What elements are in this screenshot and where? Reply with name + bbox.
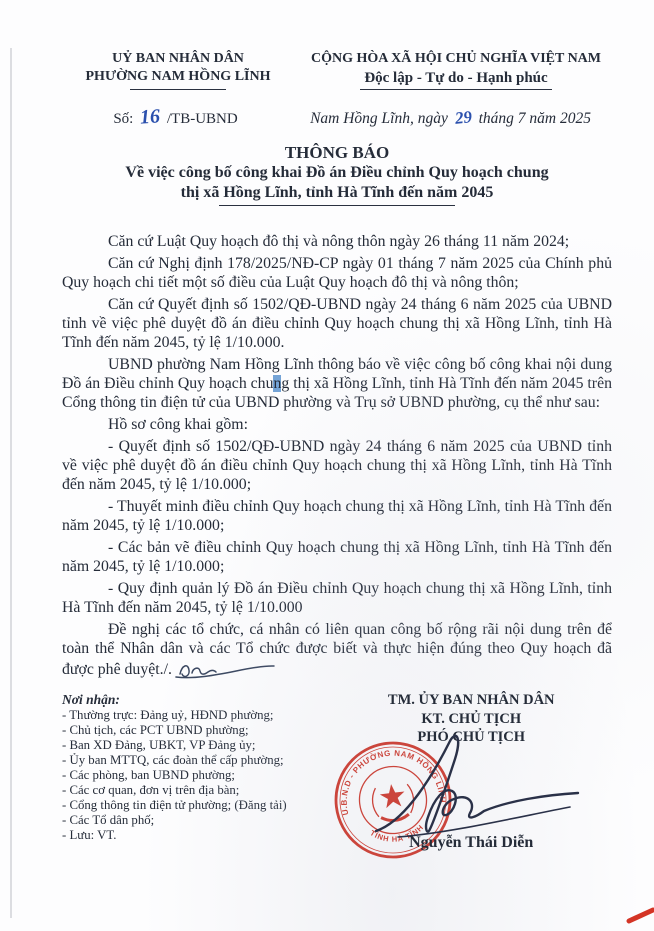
recipient-item: - Các phòng, ban UBND phường;	[62, 768, 330, 783]
dateline-day-handwritten: 29	[451, 107, 476, 129]
document-page: UỶ BAN NHÂN DÂN PHƯỜNG NAM HỒNG LĨNH CỘN…	[0, 0, 654, 931]
subject-line2: thị xã Hồng Lĩnh, tỉnh Hà Tĩnh đến năm 2…	[62, 183, 612, 203]
signing-capacity: KT. CHỦ TỊCH	[330, 710, 612, 729]
legal-basis-3: Căn cứ Quyết định số 1502/QĐ-UBND ngày 2…	[62, 295, 612, 352]
list-intro: Hồ sơ công khai gồm:	[62, 415, 612, 434]
issuer-line1: UỶ BAN NHÂN DÂN	[62, 50, 294, 68]
issuer-underline	[130, 89, 226, 90]
closing-paragraph: Đề nghị các tổ chức, cá nhân có liên qua…	[62, 620, 612, 682]
document-number-suffix: /TB-UBND	[167, 111, 238, 127]
document-header: UỶ BAN NHÂN DÂN PHƯỜNG NAM HỒNG LĨNH CỘN…	[62, 50, 612, 90]
title-underline	[219, 205, 455, 206]
handwritten-initial-mark	[174, 658, 278, 682]
dateline-post: tháng 7 năm 2025	[479, 110, 591, 127]
signature-block: TM. ỦY BAN NHÂN DÂN KT. CHỦ TỊCH PHÓ CHỦ…	[330, 691, 612, 871]
document-number-label: Số:	[113, 111, 133, 127]
subject-line1: Về việc công bố công khai Đồ án Điều chỉ…	[62, 163, 612, 183]
recipient-item: - Các Tổ dân phố;	[62, 813, 330, 828]
recipient-item: - Các cơ quan, đơn vị trên địa bàn;	[62, 783, 330, 798]
document-footer: Nơi nhận: - Thường trực: Đảng uỷ, HĐND p…	[62, 691, 612, 871]
title-block: THÔNG BÁO Về việc công bố công khai Đồ á…	[62, 142, 612, 206]
dossier-item-2: - Thuyết minh điều chỉnh Quy hoạch chung…	[62, 497, 612, 535]
handwritten-signature	[358, 729, 590, 845]
recipients-block: Nơi nhận: - Thường trực: Đảng uỷ, HĐND p…	[62, 691, 330, 871]
document-number: Số: 16 /TB-UBND	[62, 106, 289, 129]
document-number-handwritten: 16	[136, 105, 164, 130]
announcement-paragraph: UBND phường Nam Hồng Lĩnh thông báo về v…	[62, 355, 612, 412]
red-pen-corner-mark	[626, 905, 654, 925]
recipient-item: - Chủ tịch, các PCT UBND phường;	[62, 723, 330, 738]
dossier-item-4: - Quy định quản lý Đồ án Điều chỉnh Quy …	[62, 579, 612, 617]
signing-authority: TM. ỦY BAN NHÂN DÂN	[330, 691, 612, 710]
issuing-authority: UỶ BAN NHÂN DÂN PHƯỜNG NAM HỒNG LĨNH	[62, 50, 294, 90]
legal-basis-2: Căn cứ Nghị định 178/2025/NĐ-CP ngày 01 …	[62, 254, 612, 292]
legal-basis-1: Căn cứ Luật Quy hoạch đô thị và nông thô…	[62, 232, 612, 251]
document-type: THÔNG BÁO	[62, 142, 612, 163]
recipient-item: - Ủy ban MTTQ, các đoàn thể cấp phường;	[62, 753, 330, 768]
dossier-item-1: - Quyết định số 1502/QĐ-UBND ngày 24 thá…	[62, 437, 612, 494]
recipients-label: Nơi nhận:	[62, 691, 330, 708]
recipient-item: - Thường trực: Đảng uỷ, HĐND phường;	[62, 708, 330, 723]
dateline-pre: Nam Hồng Lĩnh, ngày	[310, 110, 448, 127]
national-motto: Độc lập - Tự do - Hạnh phúc	[360, 68, 551, 90]
national-heading: CỘNG HÒA XÃ HỘI CHỦ NGHĨA VIỆT NAM Độc l…	[300, 50, 612, 90]
document-body: Căn cứ Luật Quy hoạch đô thị và nông thô…	[62, 232, 612, 682]
recipient-item: - Lưu: VT.	[62, 828, 330, 843]
issuer-line2: PHƯỜNG NAM HỒNG LĨNH	[62, 68, 294, 86]
dossier-item-3: - Các bản vẽ điều chỉnh Quy hoạch chung …	[62, 538, 612, 576]
recipient-item: - Cổng thông tin điện tử phường; (Đăng t…	[62, 798, 330, 813]
national-title: CỘNG HÒA XÃ HỘI CHỦ NGHĨA VIỆT NAM	[300, 50, 612, 68]
place-dateline: Nam Hồng Lĩnh, ngày 29 tháng 7 năm 2025	[289, 108, 612, 128]
scan-edge-artifact	[10, 48, 12, 918]
closing-text: Đề nghị các tổ chức, cá nhân có liên qua…	[62, 621, 612, 678]
recipient-item: - Ban XD Đảng, UBKT, VP Đảng ủy;	[62, 738, 330, 753]
document-meta-row: Số: 16 /TB-UBND Nam Hồng Lĩnh, ngày 29 t…	[62, 106, 612, 129]
